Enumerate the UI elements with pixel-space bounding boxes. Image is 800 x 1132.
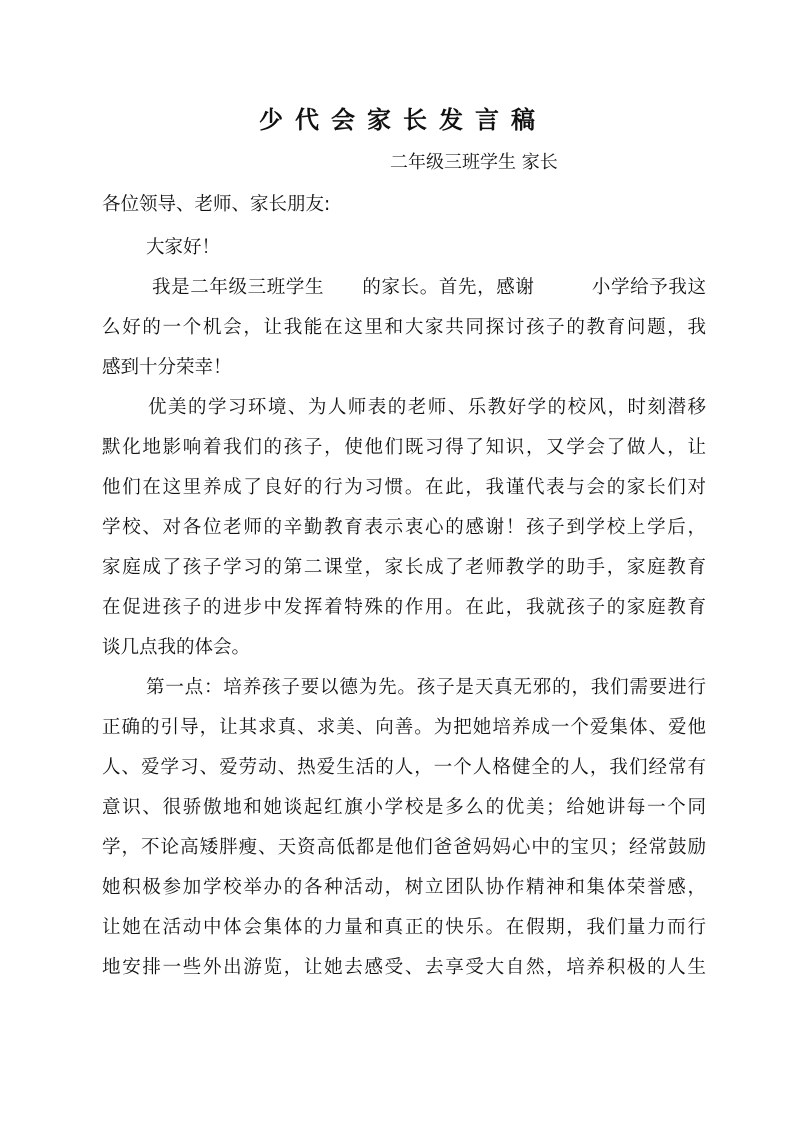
salutation: 各位领导、老师、家长朋友: [102,190,706,216]
paragraph-line: 默化地影响着我们的孩子，使他们既习得了知识，又学会了做人，让 [102,433,706,459]
document-title: 少代会家长发言稿 [0,100,800,135]
paragraph-line: 第一点：培养孩子要以德为先。孩子是天真无邪的，我们需要进行 [102,673,706,699]
paragraph-line: 意识、很骄傲地和她谈起红旗小学校是多么的优美；给她讲每一个同 [102,793,706,819]
paragraph-line: 么好的一个机会，让我能在这里和大家共同探讨孩子的教育问题，我 [102,313,706,339]
paragraph-line: 学，不论高矮胖瘦、天资高低都是他们爸爸妈妈心中的宝贝；经常鼓励 [102,833,706,859]
paragraph-line: 谈几点我的体会。 [102,633,706,659]
paragraph-line: 他们在这里养成了良好的行为习惯。在此，我谨代表与会的家长们对 [102,473,706,499]
paragraph-line: 地安排一些外出游览，让她去感受、去享受大自然，培养积极的人生 [102,953,706,979]
greeting: 大家好！ [102,233,706,259]
paragraph-line: 家庭成了孩子学习的第二课堂，家长成了老师教学的助手，家庭教育 [102,553,706,579]
paragraph-line: 在促进孩子的进步中发挥着特殊的作用。在此，我就孩子的家庭教育 [102,593,706,619]
paragraph-line: 我是二年级三班学生 的家长。首先，感谢 小学给予我这 [102,273,706,299]
paragraph-line: 正确的引导，让其求真、求美、向善。为把她培养成一个爱集体、爱他 [102,713,706,739]
paragraph-line: 人、爱学习、爱劳动、热爱生活的人，一个人格健全的人，我们经常有 [102,753,706,779]
paragraph-line: 优美的学习环境、为人师表的老师、乐教好学的校风，时刻潜移 [102,393,706,419]
paragraph-line: 学校、对各位老师的辛勤教育表示衷心的感谢！孩子到学校上学后， [102,513,706,539]
paragraph-line: 感到十分荣幸！ [102,353,706,379]
byline: 二年级三班学生 家长 [390,148,558,174]
paragraph-line: 她积极参加学校举办的各种活动，树立团队协作精神和集体荣誉感， [102,873,706,899]
paragraph-line: 让她在活动中体会集体的力量和真正的快乐。在假期，我们量力而行 [102,913,706,939]
